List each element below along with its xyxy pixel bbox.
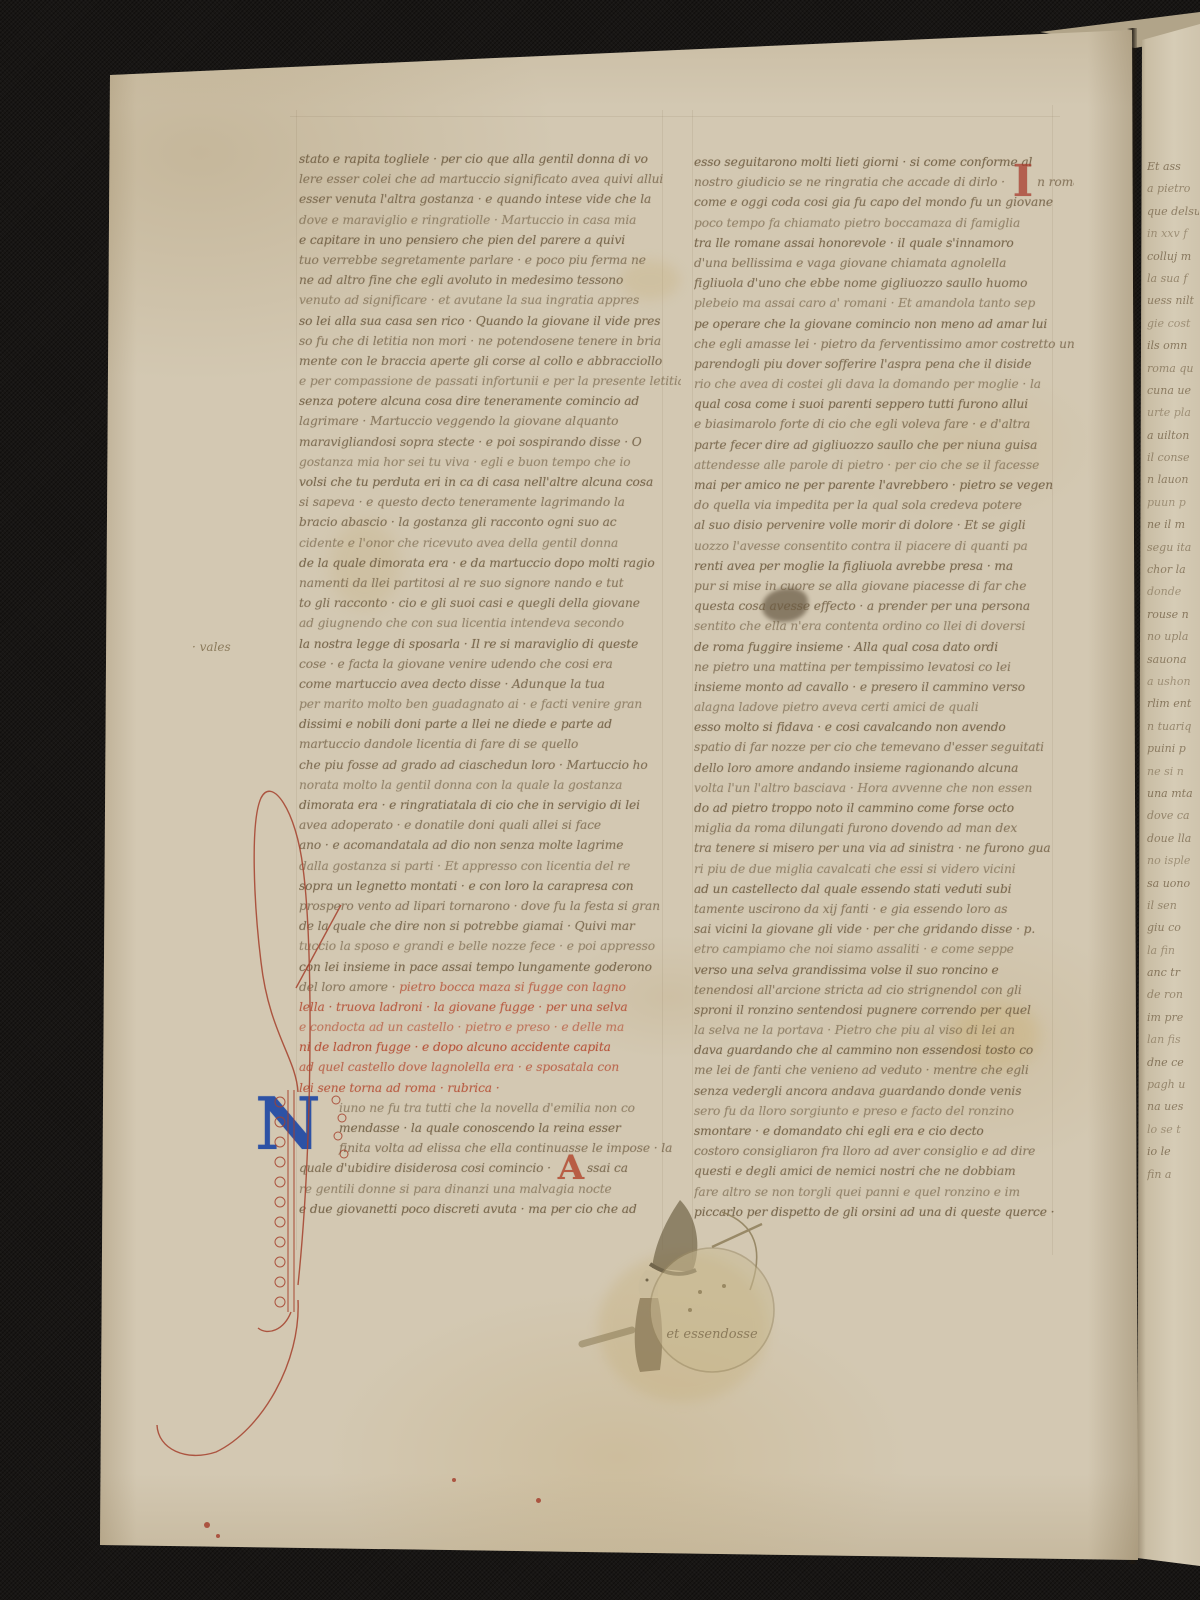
text-line: volta l'un l'altro basciava · Hora avven… xyxy=(694,778,1074,798)
text-line: parendogli piu dover sofferire l'aspra p… xyxy=(694,354,1074,374)
red-speck xyxy=(216,1534,220,1538)
text-line: donde xyxy=(1147,581,1199,603)
text-line: quale d'ubidire disiderosa cosi comincio… xyxy=(299,1158,681,1178)
text-line: lella · truova ladroni · la giovane fugg… xyxy=(299,997,681,1017)
text-line: attendesse alle parole di pietro · per c… xyxy=(694,455,1074,475)
text-line: che piu fosse ad grado ad ciaschedun lor… xyxy=(299,755,681,775)
text-line: ad un castellecto dal quale essendo stat… xyxy=(694,879,1074,899)
text-line: de ron xyxy=(1147,984,1199,1006)
text-line: stato e rapita togliele · per cio que al… xyxy=(299,149,681,169)
text-line: ri piu de due miglia cavalcati che essi … xyxy=(694,859,1074,879)
text-line: dove ca xyxy=(1147,805,1199,827)
text-line: lere esser colei che ad martuccio signif… xyxy=(299,169,681,189)
text-line: tenendosi all'arcione stricta ad cio str… xyxy=(694,980,1074,1000)
text-line: si sapeva · e questo decto teneramente l… xyxy=(299,492,681,512)
text-line: il sen xyxy=(1147,895,1199,917)
text-line: dava guardando che al cammino non essend… xyxy=(694,1040,1074,1060)
right-text-column: esso seguitarono molti lieti giorni · si… xyxy=(694,152,1074,1242)
text-line: rio che avea di costei gli dava la doman… xyxy=(694,374,1074,394)
text-line: n lauon xyxy=(1147,469,1199,491)
text-line: puini p xyxy=(1147,738,1199,760)
text-line: per marito molto ben guadagnato ai · e f… xyxy=(299,694,681,714)
red-speck xyxy=(204,1522,210,1528)
text-line: no isple xyxy=(1147,850,1199,872)
ruling-line xyxy=(692,110,693,1260)
text-span: quale d'ubidire disiderosa cosi comincio… xyxy=(299,1161,555,1175)
text-line: to gli racconto · cio e gli suoi casi e … xyxy=(299,593,681,613)
text-line: la selva ne la portava · Pietro che piu … xyxy=(694,1020,1074,1040)
text-line: rouse n xyxy=(1147,604,1199,626)
text-line: dove e maraviglio e ringratiolle · Martu… xyxy=(299,210,681,230)
inline-initial: pietro bocca maza si fugge con lagno xyxy=(399,980,626,994)
text-line: sopra un legnetto montati · e con loro l… xyxy=(299,876,681,896)
text-line: avea adoperato · e donatile doni quali a… xyxy=(299,815,681,835)
text-line: a ushon xyxy=(1147,671,1199,693)
text-line: do quella via impedita per la qual sola … xyxy=(694,495,1074,515)
text-line: chor la xyxy=(1147,559,1199,581)
text-span: ssai ca xyxy=(587,1161,628,1175)
text-line: ils omn xyxy=(1147,335,1199,357)
text-line: sproni il ronzino sentendosi pugnere cor… xyxy=(694,1000,1074,1020)
text-span: del loro amore · xyxy=(299,980,399,994)
text-line: come e oggi coda cosi gia fu capo del mo… xyxy=(694,192,1074,212)
text-span: n roma la quale xyxy=(1037,175,1074,189)
text-line: lei sene torna ad roma · rubrica · xyxy=(299,1078,681,1098)
manuscript-photo: stato e rapita togliele · per cio que al… xyxy=(0,0,1200,1600)
text-line: gie cost xyxy=(1147,313,1199,335)
text-line: re gentili donne si para dinanzi una mal… xyxy=(299,1179,681,1199)
text-line: colluj m xyxy=(1147,246,1199,268)
text-line: la nostra legge di sposarla · Il re si m… xyxy=(299,634,681,654)
text-line: do ad pietro troppo noto il cammino come… xyxy=(694,798,1074,818)
text-line: finita volta ad elissa che ella continua… xyxy=(299,1138,681,1158)
text-line: dello loro amore andando insieme ragiona… xyxy=(694,758,1074,778)
text-line: anc tr xyxy=(1147,962,1199,984)
text-line: al suo disio pervenire volle morir di do… xyxy=(694,515,1074,535)
text-line: tra tenere si misero per una via ad sini… xyxy=(694,838,1074,858)
text-line: piccarlo per dispetto de gli orsini ad u… xyxy=(694,1202,1074,1222)
text-line: pagh u xyxy=(1147,1074,1199,1096)
text-line: no upla xyxy=(1147,626,1199,648)
text-line: na ues xyxy=(1147,1096,1199,1118)
text-line: figliuola d'uno che ebbe nome gigliuozzo… xyxy=(694,273,1074,293)
text-line: bracio abascio · la gostanza gli raccont… xyxy=(299,512,681,532)
text-line: norata molto la gentil donna con la qual… xyxy=(299,775,681,795)
text-line: miglia da roma dilungati furono dovendo … xyxy=(694,818,1074,838)
text-line: maravigliandosi sopra stecte · e poi sos… xyxy=(299,432,681,452)
text-line: roma qu xyxy=(1147,358,1199,380)
text-line: gostanza mia hor sei tu viva · egli e bu… xyxy=(299,452,681,472)
marginal-note: · vales xyxy=(192,640,231,654)
text-line: mente con le braccia aperte gli corse al… xyxy=(299,351,681,371)
text-line: lagrimare · Martuccio veggendo la giovan… xyxy=(299,411,681,431)
text-line: a pietro xyxy=(1147,178,1199,200)
text-line: la fin xyxy=(1147,940,1199,962)
text-line: puun p xyxy=(1147,492,1199,514)
text-line: prospero vento ad lipari tornarono · dov… xyxy=(299,896,681,916)
text-line: e capitare in uno pensiero che pien del … xyxy=(299,230,681,250)
text-line: in xxv f xyxy=(1147,223,1199,245)
text-line: urte pla xyxy=(1147,402,1199,424)
text-line: cose · e facta la giovane venire udendo … xyxy=(299,654,681,674)
text-line: tuo verrebbe segretamente parlare · e po… xyxy=(299,250,681,270)
text-line: dne ce xyxy=(1147,1052,1199,1074)
text-line: Et ass xyxy=(1147,156,1199,178)
text-line: lan fis xyxy=(1147,1029,1199,1051)
text-line: ne si n xyxy=(1147,761,1199,783)
text-line: ano · e acomandatala ad dio non senza mo… xyxy=(299,835,681,855)
text-line: so lei alla sua casa sen rico · Quando l… xyxy=(299,311,681,331)
text-line: que delsu xyxy=(1147,201,1199,223)
text-line: pe operare che la giovane comincio non m… xyxy=(694,314,1074,334)
text-line: segu ita xyxy=(1147,537,1199,559)
text-line: alagna ladove pietro aveva certi amici d… xyxy=(694,697,1074,717)
text-line: ad quel castello dove lagnolella era · e… xyxy=(299,1057,681,1077)
text-line: namenti da llei partitosi al re suo sign… xyxy=(299,573,681,593)
text-line: a uilton xyxy=(1147,425,1199,447)
text-line: nostro giudicio se ne ringratia che acca… xyxy=(694,172,1074,192)
text-line: spatio di far nozze per cio che temevano… xyxy=(694,737,1074,757)
text-line: e due giovanetti poco discreti avuta · m… xyxy=(299,1199,681,1219)
text-line: cidente e l'onor che ricevuto avea della… xyxy=(299,533,681,553)
text-line: ad giugnendo che con sua licentia intend… xyxy=(299,613,681,633)
text-line: lo se t xyxy=(1147,1119,1199,1141)
text-line: smontare · e domandato chi egli era e ci… xyxy=(694,1121,1074,1141)
text-line: dimorata era · e ringratiatala di cio ch… xyxy=(299,795,681,815)
text-line: tra lle romane assai honorevole · il qua… xyxy=(694,233,1074,253)
text-line: il conse xyxy=(1147,447,1199,469)
text-line: im pre xyxy=(1147,1007,1199,1029)
text-line: iuno ne fu tra tutti che la novella d'em… xyxy=(299,1098,681,1118)
text-line: renti avea per moglie la figliuola avreb… xyxy=(694,556,1074,576)
marginal-note-text: vales xyxy=(200,640,231,654)
ruling-line xyxy=(296,110,297,1250)
text-line: sauona xyxy=(1147,649,1199,671)
text-line: mendasse · la quale conoscendo la reina … xyxy=(299,1118,681,1138)
text-line: fare altro se non torgli quei panni e qu… xyxy=(694,1182,1074,1202)
text-line: che egli amasse lei · pietro da ferventi… xyxy=(694,334,1074,354)
text-line: senza potere alcuna cosa dire tenerament… xyxy=(299,391,681,411)
text-line: n tuariq xyxy=(1147,716,1199,738)
text-line: doue lla xyxy=(1147,828,1199,850)
text-line: de la quale che dire non si potrebbe gia… xyxy=(299,916,681,936)
text-line: insieme monto ad cavallo · e presero il … xyxy=(694,677,1074,697)
text-line: uess nilt xyxy=(1147,290,1199,312)
text-line: sentito che ella n'era contenta ordino c… xyxy=(694,616,1074,636)
text-line: rlim ent xyxy=(1147,693,1199,715)
text-line: tuccio la sposo e grandi e belle nozze f… xyxy=(299,936,681,956)
text-line: ne pietro una mattina per tempissimo lev… xyxy=(694,657,1074,677)
text-line: de roma fuggire insieme · Alla qual cosa… xyxy=(694,637,1074,657)
text-line: con lei insieme in pace assai tempo lung… xyxy=(299,957,681,977)
text-line: d'una bellissima e vaga giovane chiamata… xyxy=(694,253,1074,273)
text-line: come martuccio avea decto disse · Adunqu… xyxy=(299,674,681,694)
red-speck xyxy=(452,1478,456,1482)
text-line: me lei de fanti che venieno ad veduto · … xyxy=(694,1060,1074,1080)
text-line: cuna ue xyxy=(1147,380,1199,402)
text-line: de la quale dimorata era · e da martucci… xyxy=(299,553,681,573)
text-line: mai per amico ne per parente l'avrebbero… xyxy=(694,475,1074,495)
text-line: sa uono xyxy=(1147,873,1199,895)
red-speck xyxy=(536,1498,541,1503)
text-line: etro campiamo che noi siamo assaliti · e… xyxy=(694,939,1074,959)
text-line: poco tempo fa chiamato pietro boccamaza … xyxy=(694,213,1074,233)
text-line: ne ad altro fine che egli avoluto in med… xyxy=(299,270,681,290)
text-line: sero fu da lloro sorgiunto e preso e fac… xyxy=(694,1101,1074,1121)
text-line: sai vicini la giovane gli vide · per che… xyxy=(694,919,1074,939)
left-text-column: stato e rapita togliele · per cio que al… xyxy=(299,149,681,1239)
text-line: questi e degli amici de nemici nostri ch… xyxy=(694,1161,1074,1181)
text-line: dissimi e nobili doni parte a llei ne di… xyxy=(299,714,681,734)
text-line: senza vedergli ancora andava guardando d… xyxy=(694,1081,1074,1101)
drop-cap-initial-n: N xyxy=(255,1088,321,1160)
text-line: verso una selva grandissima volse il suo… xyxy=(694,960,1074,980)
text-line: esser venuta l'altra gostanza · e quando… xyxy=(299,189,681,209)
text-line: del loro amore · pietro bocca maza si fu… xyxy=(299,977,681,997)
text-line: venuto ad significare · et avutane la su… xyxy=(299,290,681,310)
text-line: pur si mise in cuore se alla giovane pia… xyxy=(694,576,1074,596)
text-line: e condocta ad un castello · pietro e pre… xyxy=(299,1017,681,1037)
text-line: fin a xyxy=(1147,1164,1199,1186)
text-line: costoro consigliaron fra lloro ad aver c… xyxy=(694,1141,1074,1161)
text-line: questa cosa avesse effecto · a prender p… xyxy=(694,596,1074,616)
text-line: e per compassione de passati infortunii … xyxy=(299,371,681,391)
text-line: e biasimarolo forte di cio che egli vole… xyxy=(694,414,1074,434)
ruling-line xyxy=(290,116,1060,117)
text-line: parte fecer dire ad gigliuozzo saullo ch… xyxy=(694,435,1074,455)
text-line: la sua f xyxy=(1147,268,1199,290)
text-line: una mta xyxy=(1147,783,1199,805)
text-line: martuccio dandole licentia di fare di se… xyxy=(299,734,681,754)
text-line: so fu che di letitia non mori · ne poten… xyxy=(299,331,681,351)
text-line: volsi che tu perduta eri in ca di casa n… xyxy=(299,472,681,492)
text-line: io le xyxy=(1147,1141,1199,1163)
text-line: giu co xyxy=(1147,917,1199,939)
marginal-note-mark: · xyxy=(192,640,200,654)
text-line: qual cosa come i suoi parenti seppero tu… xyxy=(694,394,1074,414)
text-line: tamente uscirono da xij fanti · e gia es… xyxy=(694,899,1074,919)
text-line: ni de ladron fugge · e dopo alcuno accid… xyxy=(299,1037,681,1057)
next-folio-text-fragments: Et assa pietroque delsuin xxv fcolluj ml… xyxy=(1147,156,1199,1186)
text-line: uozzo l'avesse consentito contra il piac… xyxy=(694,536,1074,556)
text-span: nostro giudicio se ne ringratia che acca… xyxy=(694,175,1009,189)
text-line: ne il m xyxy=(1147,514,1199,536)
text-line: esso molto si fidava · e cosi cavalcando… xyxy=(694,717,1074,737)
text-line: plebeio ma assai caro a' romani · Et ama… xyxy=(694,293,1074,313)
text-line: dalla gostanza si parti · Et appresso co… xyxy=(299,856,681,876)
